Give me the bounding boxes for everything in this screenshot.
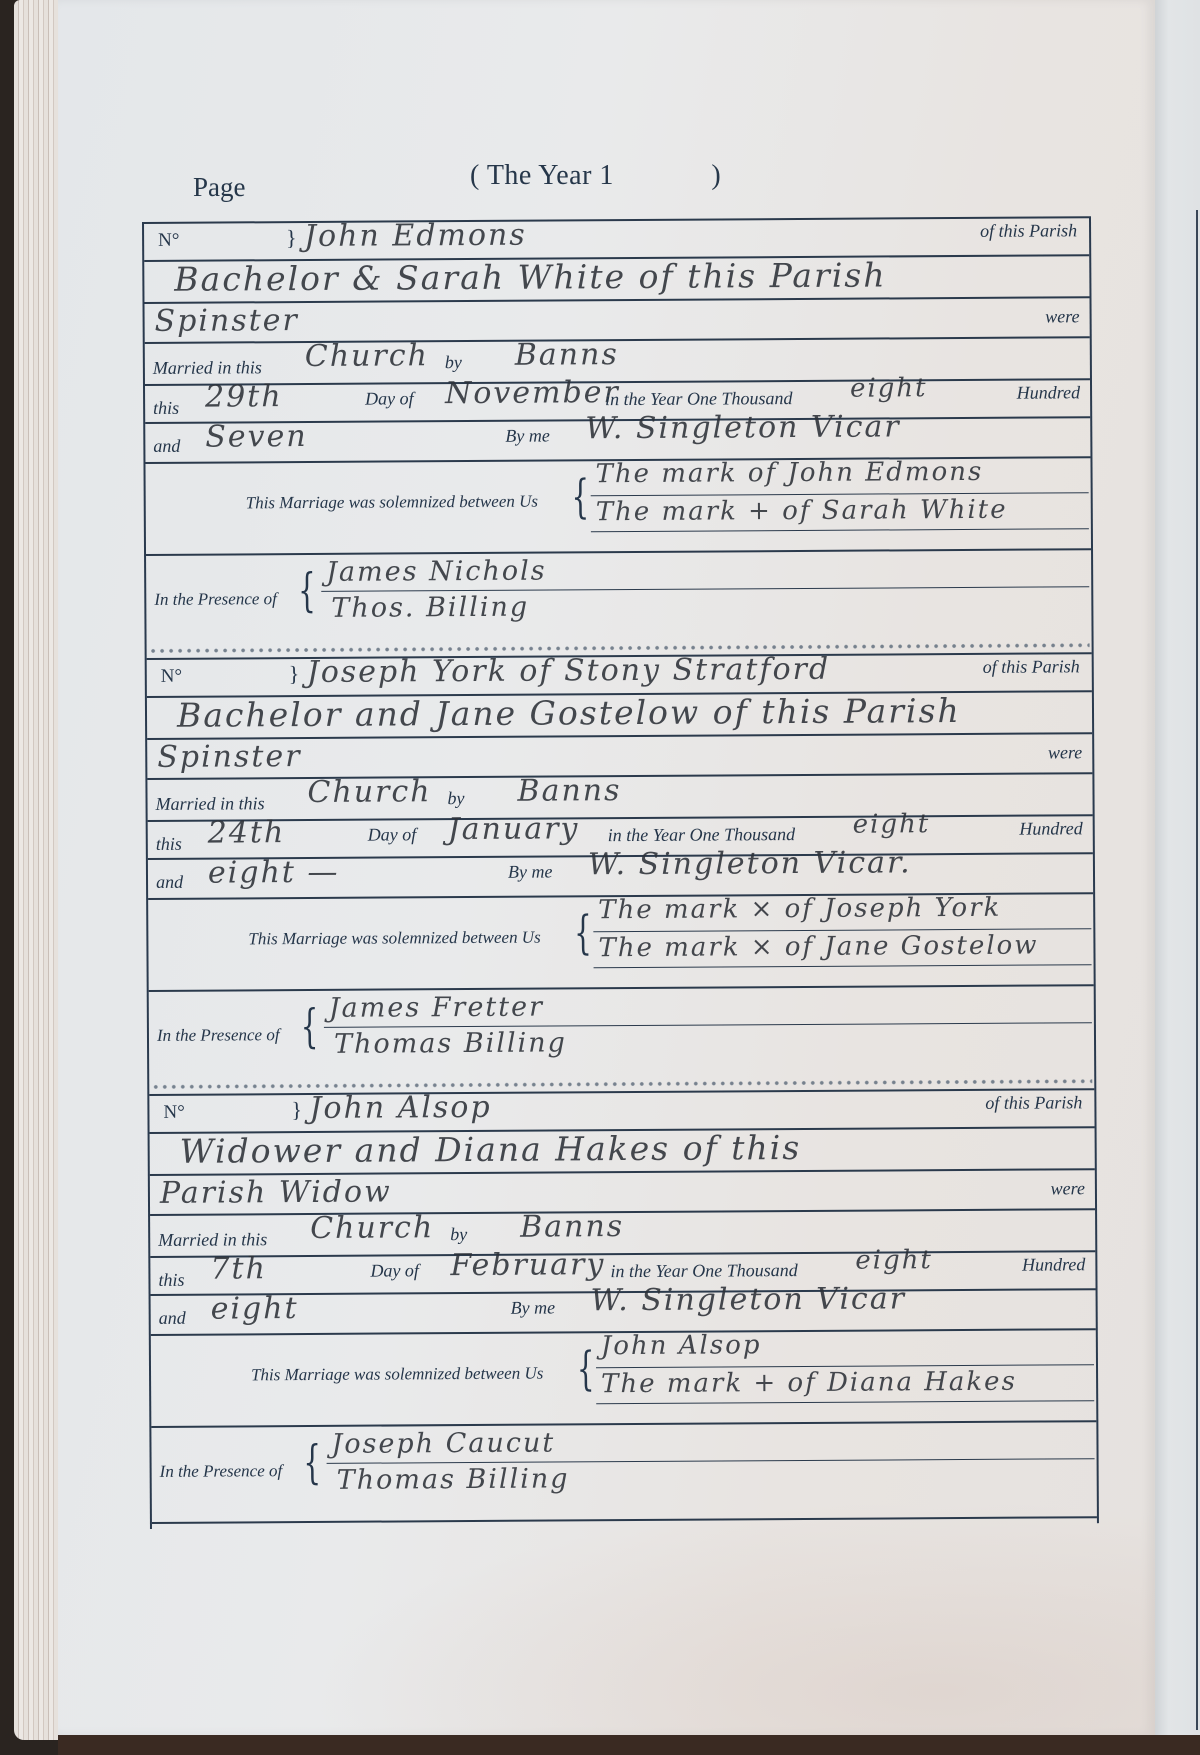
signature-1: The mark × of Joseph York <box>598 893 1001 925</box>
presence-label: In the Presence of <box>157 1025 280 1046</box>
witness-brace: { <box>303 1439 321 1485</box>
groom-name: Joseph York of Stony Stratford <box>307 652 831 690</box>
this-label: this <box>158 1270 184 1291</box>
this-label: this <box>156 834 182 855</box>
year-word: eight <box>211 1291 299 1327</box>
signature-2: The mark × of Jane Gostelow <box>598 931 1038 964</box>
witness-1: James Fretter <box>329 992 544 1024</box>
officiant: W. Singleton Vicar. <box>588 845 912 882</box>
hundred-label: Hundred <box>1019 818 1082 839</box>
day-of-label: Day of <box>370 1260 419 1281</box>
solemnized-label: This Marriage was solemnized between Us <box>246 492 538 514</box>
witness-1: Joseph Caucut <box>331 1427 555 1459</box>
banns: Banns <box>515 337 619 373</box>
century-word: eight <box>853 809 931 839</box>
page-stain <box>308 1500 1200 1740</box>
by-label: by <box>447 788 464 809</box>
day: 29th <box>205 379 283 414</box>
register-bottom-rule <box>152 1516 1097 1524</box>
bride-status: Spinster <box>157 739 301 775</box>
place: Church <box>305 338 429 374</box>
and-label: and <box>156 872 183 893</box>
place: Church <box>310 1210 434 1246</box>
month: November <box>445 375 620 411</box>
groom-bracket: } <box>286 225 297 251</box>
groom-bracket: } <box>291 1097 302 1123</box>
marriage-entry: N° } John Edmons of this Parish Bachelor… <box>144 216 1092 658</box>
place: Church <box>307 774 431 810</box>
witness-brace: { <box>301 1003 319 1049</box>
of-this-parish-label: of this Parish <box>983 656 1080 678</box>
year-label: in the Year One Thousand <box>608 824 795 846</box>
witness-2: Thos. Billing <box>331 592 529 624</box>
parties-line: Widower and Diana Hakes of this <box>180 1128 802 1171</box>
hundred-label: Hundred <box>1022 1254 1085 1275</box>
marriage-entry: N° } Joseph York of Stony Stratford of t… <box>147 652 1095 1094</box>
officiant: W. Singleton Vicar <box>590 1281 906 1318</box>
and-label: and <box>153 436 180 457</box>
parties-line: Bachelor and Jane Gostelow of this Paris… <box>177 691 961 735</box>
facing-page-edge <box>1155 0 1200 1755</box>
witness-brace: { <box>298 567 316 613</box>
of-this-parish-label: of this Parish <box>980 220 1077 242</box>
year-label: in the Year One Thousand <box>610 1260 797 1282</box>
year-heading: ( The Year 1 ) <box>470 160 721 192</box>
signature-brace: { <box>571 473 589 519</box>
signature-brace: { <box>577 1345 595 1391</box>
bleed-through-text <box>621 160 704 191</box>
signature-2: The mark + of Sarah White <box>596 495 1008 528</box>
groom-name: John Alsop <box>309 1090 491 1126</box>
and-label: and <box>159 1308 186 1329</box>
married-in-label: Married in this <box>155 793 264 815</box>
signature-1: John Alsop <box>601 1330 762 1361</box>
number-label: N° <box>158 230 179 252</box>
presence-label: In the Presence of <box>154 589 277 610</box>
by-me-label: By me <box>505 426 550 447</box>
month: January <box>448 811 580 847</box>
by-label: by <box>450 1224 467 1245</box>
signature-1: The mark of John Edmons <box>595 457 983 489</box>
were-label: were <box>1045 306 1079 327</box>
of-this-parish-label: of this Parish <box>985 1092 1082 1114</box>
year-word: eight — <box>208 855 340 891</box>
banns: Banns <box>517 773 621 809</box>
number-label: N° <box>161 666 182 688</box>
century-word: eight <box>850 373 928 403</box>
presence-label: In the Presence of <box>160 1461 283 1482</box>
witness-1: James Nichols <box>326 556 547 588</box>
by-me-label: By me <box>511 1297 556 1318</box>
solemnized-label: This Marriage was solemnized between Us <box>251 1364 543 1386</box>
day: 24th <box>208 815 286 850</box>
by-me-label: By me <box>508 862 553 883</box>
year-label: in the Year One Thousand <box>605 388 792 410</box>
parties-line: Bachelor & Sarah White of this Parish <box>174 255 886 298</box>
witness-2: Thomas Billing <box>337 1463 570 1495</box>
book-bottom-edge <box>58 1735 1200 1755</box>
banns: Banns <box>520 1209 624 1245</box>
bride-status: Parish Widow <box>160 1174 392 1210</box>
groom-bracket: } <box>289 661 300 687</box>
day: 7th <box>210 1251 267 1286</box>
witness-2: Thomas Billing <box>334 1027 567 1059</box>
marriage-entry: N° } John Alsop of this Parish Widower a… <box>149 1088 1097 1530</box>
were-label: were <box>1051 1178 1085 1199</box>
signature-2: The mark + of Diana Hakes <box>601 1367 1017 1400</box>
were-label: were <box>1048 742 1082 763</box>
facing-page-rule <box>1196 210 1198 1730</box>
register-table: N° } John Edmons of this Parish Bachelor… <box>142 216 1099 1529</box>
officiant: W. Singleton Vicar <box>585 409 901 446</box>
month: February <box>450 1247 605 1283</box>
year-word: Seven <box>205 419 308 455</box>
year-close: ) <box>711 160 721 191</box>
solemnized-label: This Marriage was solemnized between Us <box>248 928 540 950</box>
married-in-label: Married in this <box>158 1229 267 1251</box>
day-of-label: Day of <box>365 388 414 409</box>
hundred-label: Hundred <box>1017 382 1080 403</box>
number-label: N° <box>163 1102 184 1124</box>
married-in-label: Married in this <box>153 357 262 379</box>
day-of-label: Day of <box>368 824 417 845</box>
year-label: ( The Year 1 <box>470 160 614 191</box>
by-label: by <box>445 352 462 373</box>
bride-status: Spinster <box>155 303 299 339</box>
century-word: eight <box>855 1245 933 1275</box>
this-label: this <box>153 398 179 419</box>
groom-name: John Edmons <box>304 218 527 254</box>
signature-brace: { <box>574 909 592 955</box>
page-label: Page <box>193 172 245 203</box>
